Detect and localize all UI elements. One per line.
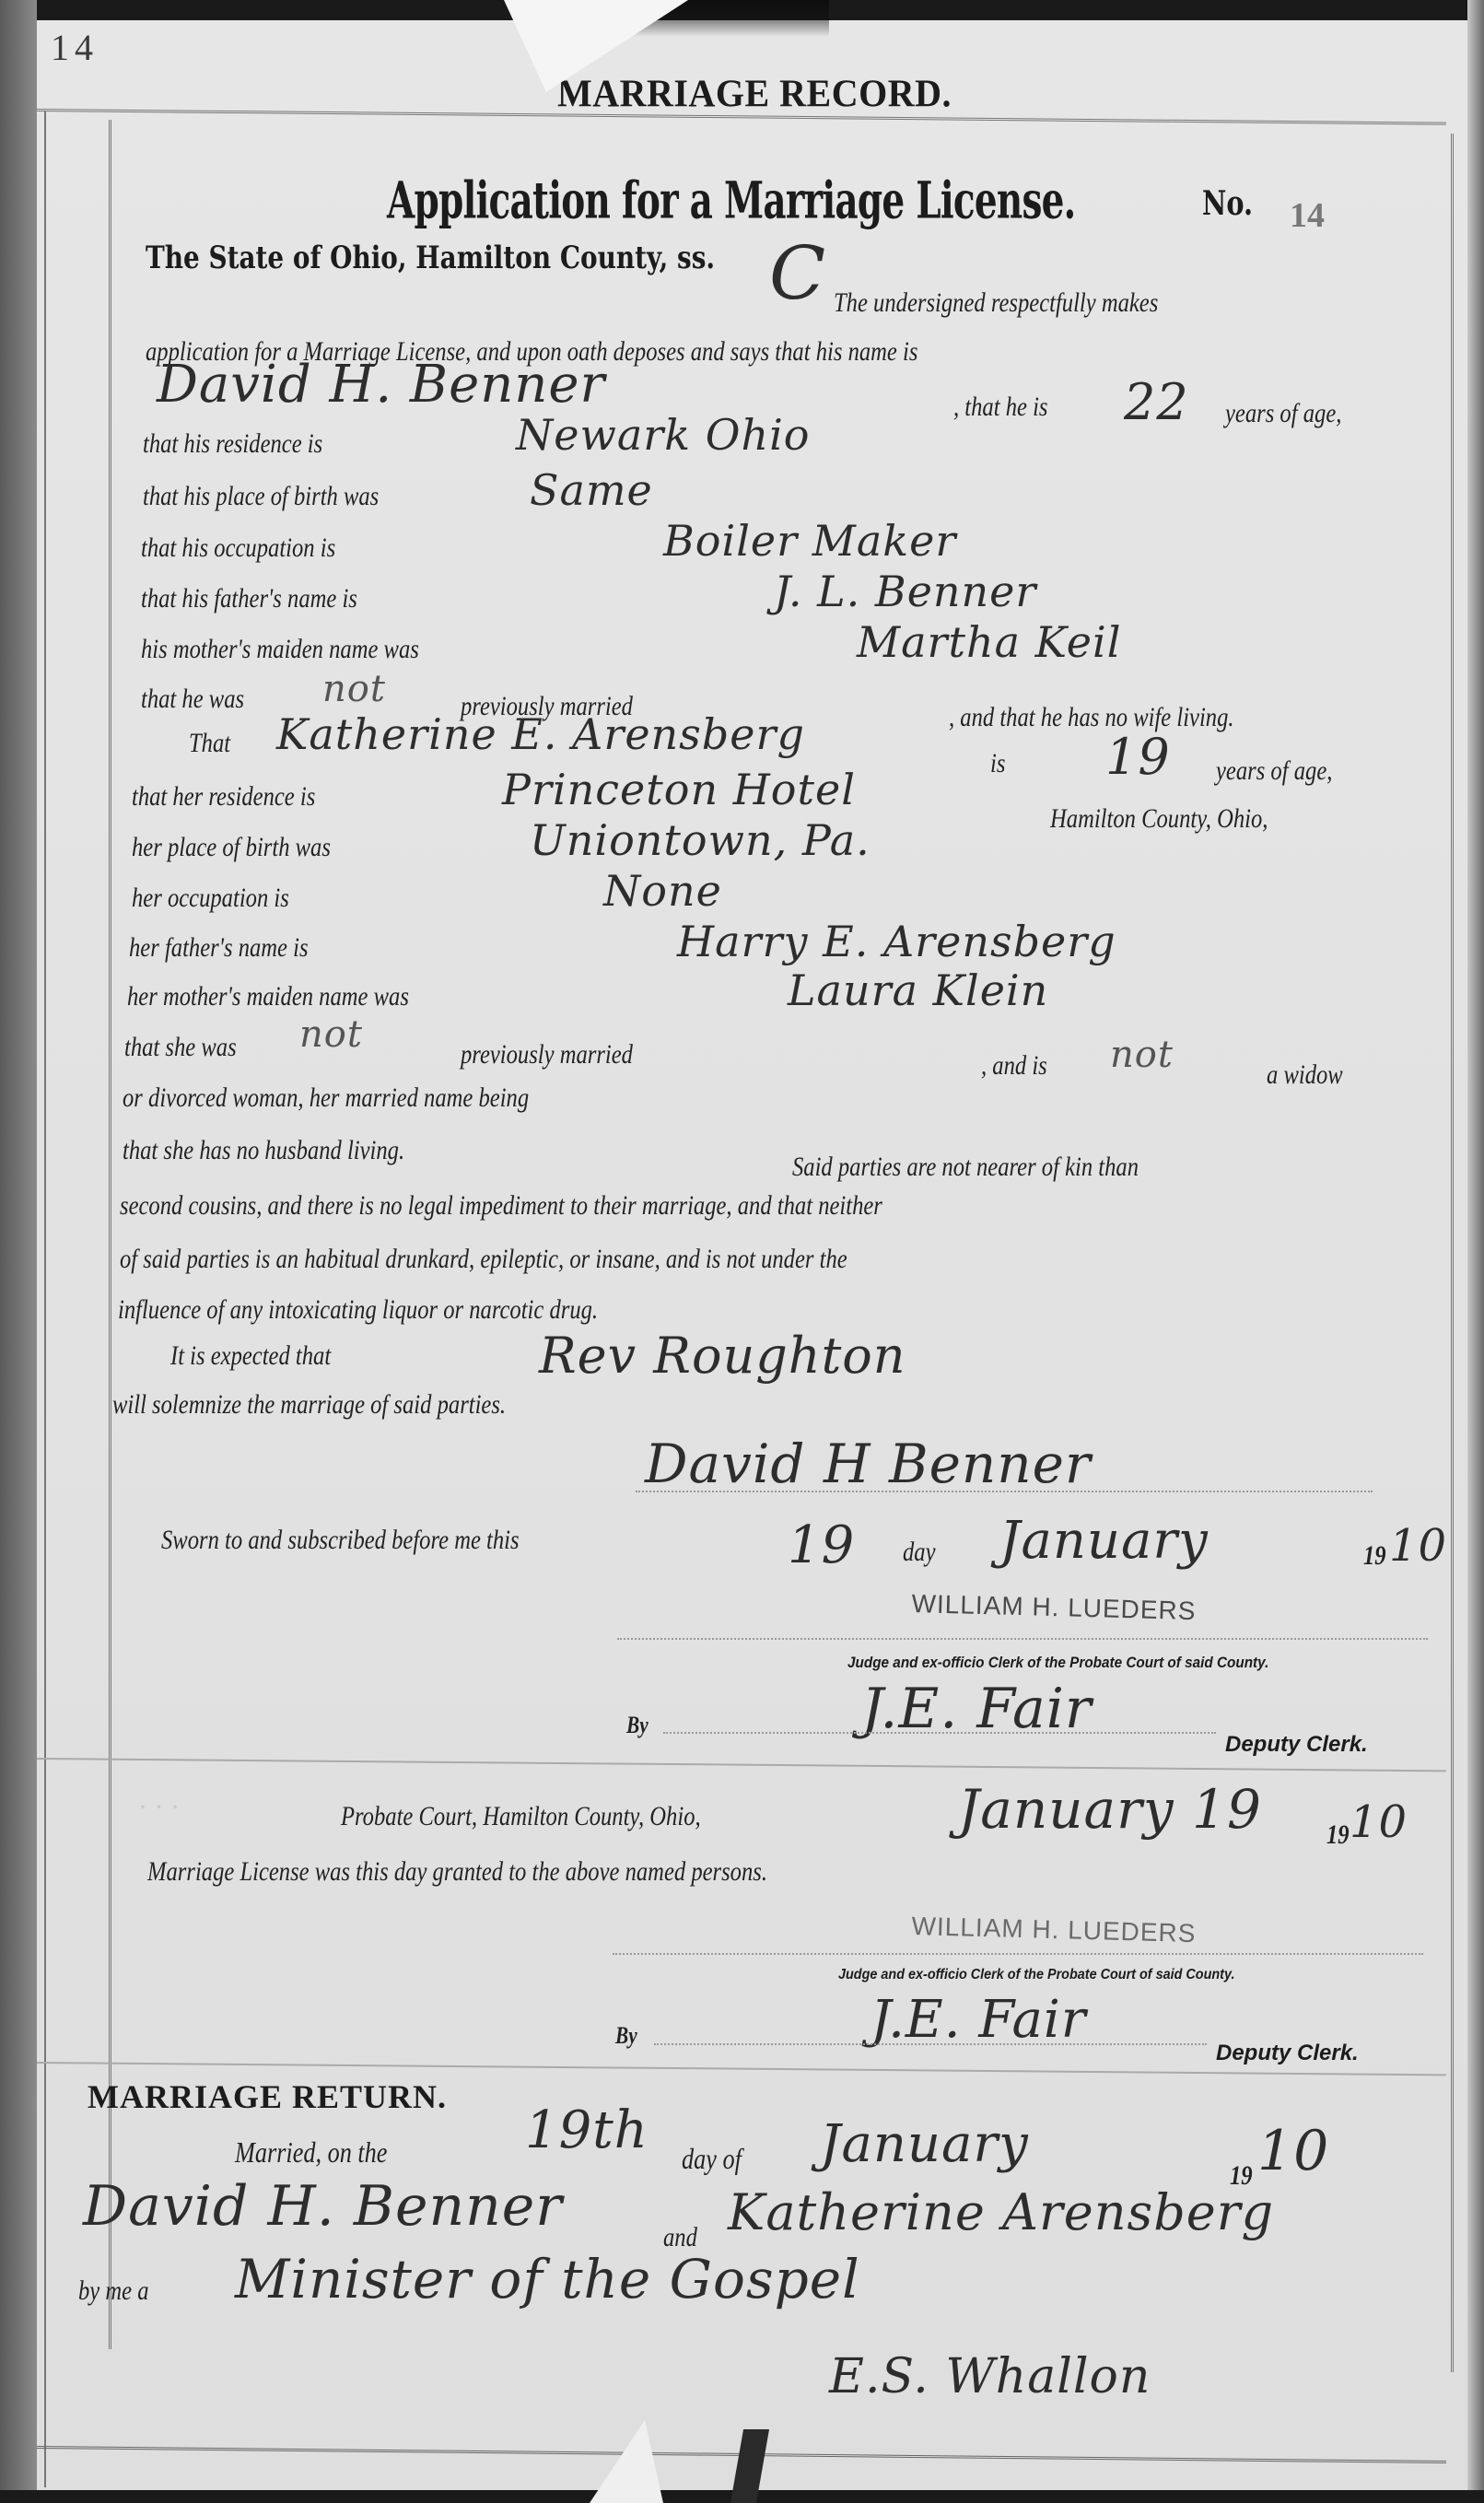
day-of-label: day of [682, 2142, 742, 2176]
deputy-signature-line-1 [663, 1732, 1216, 1734]
bride-birthplace-label: her place of birth was [132, 832, 331, 863]
bride-name: Katherine E. Arensberg [276, 709, 805, 759]
bride-is-label: is [990, 748, 1005, 779]
groom-age: 22 [1124, 373, 1189, 431]
officiant-title: Minister of the Gospel [235, 2248, 860, 2310]
bride-age: 19 [1105, 728, 1171, 786]
bride-birthplace: Uniontown, Pa. [530, 815, 871, 865]
court-line: Probate Court, Hamilton County, Ohio, [341, 1801, 701, 1832]
judge-caption-1: Judge and ex-officio Clerk of the Probat… [847, 1654, 1268, 1672]
by-label-1: By [626, 1712, 649, 1739]
judge-signature-line-1 [617, 1638, 1428, 1640]
paper-fold-top [491, 0, 688, 92]
applicant-signature: David H Benner [645, 1433, 1092, 1495]
bride-mother-label: her mother's maiden name was [127, 981, 409, 1012]
legal-text-2: second cousins, and there is no legal im… [120, 1190, 882, 1222]
applicant-signature-line [636, 1491, 1373, 1492]
bride-prev-married-value: not [299, 1013, 363, 1056]
bride-father: Harry E. Arensberg [677, 917, 1116, 966]
by-label-2: By [615, 2022, 637, 2050]
license-number-label: No. [1202, 184, 1253, 223]
bride-occupation: None [603, 866, 722, 916]
license-year-prefix: 19 [1326, 1819, 1350, 1851]
groom-age-suffix: years of age, [1225, 398, 1341, 429]
sworn-year-suffix: 10 [1389, 1520, 1447, 1572]
groom-age-label: , that he is [953, 392, 1048, 423]
deputy-label-2: Deputy Clerk. [1216, 2041, 1359, 2066]
page-edge [1467, 0, 1484, 2503]
judge-signature-line-2 [613, 1953, 1423, 1955]
sworn-day: 19 [788, 1515, 855, 1575]
bride-divorced-text: or divorced woman, her married name bein… [123, 1082, 529, 1114]
license-year-suffix: 10 [1350, 1796, 1408, 1848]
application-title: Application for a Marriage License. [387, 170, 1075, 230]
return-bride-name: Katherine Arensberg [728, 2183, 1274, 2241]
groom-no-wife: , and that he has no wife living. [949, 702, 1234, 733]
bride-widow-post: a widow [1267, 1059, 1343, 1091]
return-month: January [820, 2114, 1029, 2174]
bride-widow-value: not [1110, 1034, 1174, 1076]
groom-residence: Newark Ohio [516, 410, 811, 460]
groom-father: J. L. Benner [774, 567, 1036, 616]
bride-prev-married-pre: that she was [124, 1032, 237, 1063]
bride-residence: Princeton Hotel [502, 765, 856, 814]
paper-fold-bottom [590, 2420, 663, 2503]
legal-text-3: of said parties is an habitual drunkard,… [120, 1244, 847, 1275]
groom-mother-label: his mother's maiden name was [141, 634, 419, 665]
groom-father-label: that his father's name is [141, 583, 357, 614]
license-number: 14 [1290, 195, 1325, 236]
deputy-signature-line-2 [654, 2043, 1207, 2045]
groom-residence-label: that his residence is [143, 428, 322, 460]
sworn-year-prefix: 19 [1363, 1540, 1386, 1572]
bride-mother: Laura Klein [788, 965, 1048, 1015]
license-granted-text: Marriage License was this day granted to… [147, 1856, 767, 1888]
state-mark: C [769, 230, 826, 316]
bride-prev-married-post: previously married [461, 1039, 633, 1070]
sworn-day-label: day [903, 1537, 936, 1568]
legal-text-4: influence of any intoxicating liquor or … [118, 1294, 598, 1326]
state-county-line: The State of Ohio, Hamilton County, ss. [146, 240, 715, 276]
sworn-month: January [999, 1511, 1209, 1571]
solemnize-text: will solemnize the marriage of said part… [112, 1389, 506, 1421]
legal-text-1: Said parties are not nearer of kin than [792, 1152, 1139, 1183]
intro-text-1: The undersigned respectfully makes [834, 287, 1158, 319]
bride-age-suffix: years of age, [1216, 755, 1332, 787]
bride-occupation-label: her occupation is [132, 883, 289, 914]
groom-prev-married-value: not [322, 668, 386, 710]
groom-prev-married-pre: that he was [141, 684, 244, 715]
left-margin-rule [109, 120, 111, 2349]
outer-left-rule [44, 111, 46, 2487]
deputy-signature-2: J.E. Fair [871, 1990, 1087, 2050]
bride-residence-label: that her residence is [132, 781, 315, 813]
bride-no-husband: that she has no husband living. [123, 1135, 404, 1166]
binding-shadow [0, 0, 37, 2503]
expected-officiant: Rev Roughton [539, 1327, 906, 1385]
sworn-label: Sworn to and subscribed before me this [161, 1525, 520, 1556]
groom-name: David H. Benner [157, 355, 605, 415]
return-day: 19th [525, 2100, 649, 2160]
officiant-signature: E.S. Whallon [829, 2349, 1151, 2404]
license-date: January 19 [958, 1778, 1262, 1841]
expected-label: It is expected that [170, 1340, 331, 1372]
bride-father-label: her father's name is [129, 932, 309, 964]
groom-mother: Martha Keil [857, 617, 1121, 667]
marriage-return-title: MARRIAGE RETURN. [88, 2077, 447, 2116]
faint-margin-marks: · · · [138, 1792, 180, 1823]
page-number: 14 [51, 26, 99, 69]
bride-county: Hamilton County, Ohio, [1050, 803, 1268, 835]
married-on-label: Married, on the [235, 2135, 387, 2170]
groom-occupation: Boiler Maker [663, 516, 956, 566]
return-year-suffix: 10 [1257, 2119, 1329, 2183]
right-margin-rule [1451, 134, 1454, 2372]
groom-birthplace-label: that his place of birth was [143, 481, 379, 512]
by-me-label: by me a [78, 2275, 149, 2307]
judge-caption-2: Judge and ex-officio Clerk of the Probat… [838, 1967, 1234, 1983]
return-groom-name: David H. Benner [83, 2174, 563, 2239]
deputy-label-1: Deputy Clerk. [1225, 1732, 1368, 1758]
groom-occupation-label: that his occupation is [141, 532, 335, 564]
bride-widow-pre: , and is [981, 1050, 1047, 1082]
bride-that-label: That [189, 728, 230, 759]
groom-birthplace: Same [530, 465, 653, 515]
